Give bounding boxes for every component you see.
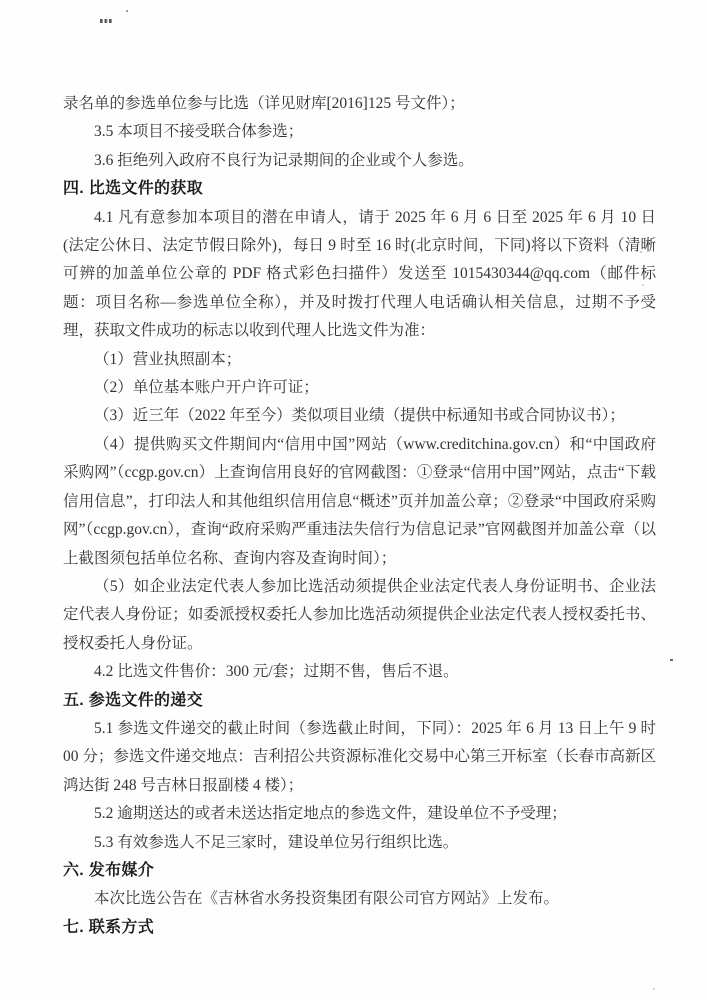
document-paragraph: 4.1 凡有意参加本项目的潜在申请人，请于 2025 年 6 月 6 日至 20…	[63, 204, 656, 346]
scan-speck	[126, 10, 128, 12]
scan-speck	[670, 659, 673, 661]
document-paragraph: 5.1 参选文件递交的截止时间（参选截止时间，下同）：2025 年 6 月 13…	[63, 715, 656, 800]
scan-speck	[653, 988, 655, 990]
document-paragraph: （5）如企业法定代表人参加比选活动须提供企业法定代表人身份证明书、企业法定代表人…	[63, 573, 656, 658]
section-heading: 四. 比选文件的获取	[63, 175, 656, 203]
document-paragraph: 3.5 本项目不接受联合体参选；	[63, 118, 656, 146]
document-paragraph: （3）近三年（2022 年至今）类似项目业绩（提供中标通知书或合同协议书）；	[63, 402, 656, 430]
section-heading: 七. 联系方式	[63, 914, 656, 942]
scan-smudge-mark	[100, 19, 113, 23]
document-paragraph: 录名单的参选单位参与比选（详见财库[2016]125 号文件）；	[63, 90, 656, 118]
document-paragraph: （2）单位基本账户开户许可证；	[63, 374, 656, 402]
document-content: 录名单的参选单位参与比选（详见财库[2016]125 号文件）；3.5 本项目不…	[63, 90, 656, 942]
document-paragraph: 5.2 逾期送达的或者未送达指定地点的参选文件，建设单位不予受理；	[63, 800, 656, 828]
document-paragraph: 3.6 拒绝列入政府不良行为记录期间的企业或个人参选。	[63, 147, 656, 175]
document-paragraph: （4）提供购买文件期间内“信用中国”网站（www.creditchina.gov…	[63, 431, 656, 573]
document-paragraph: 本次比选公告在《吉林省水务投资集团有限公司官方网站》上发布。	[63, 885, 656, 913]
section-heading: 五. 参选文件的递交	[63, 687, 656, 715]
scanned-document-page: 录名单的参选单位参与比选（详见财库[2016]125 号文件）；3.5 本项目不…	[0, 0, 707, 1000]
document-paragraph: 4.2 比选文件售价：300 元/套；过期不售，售后不退。	[63, 658, 656, 686]
document-paragraph: （1）营业执照副本；	[63, 346, 656, 374]
document-paragraph: 5.3 有效参选人不足三家时，建设单位另行组织比选。	[63, 829, 656, 857]
section-heading: 六. 发布媒介	[63, 857, 656, 885]
